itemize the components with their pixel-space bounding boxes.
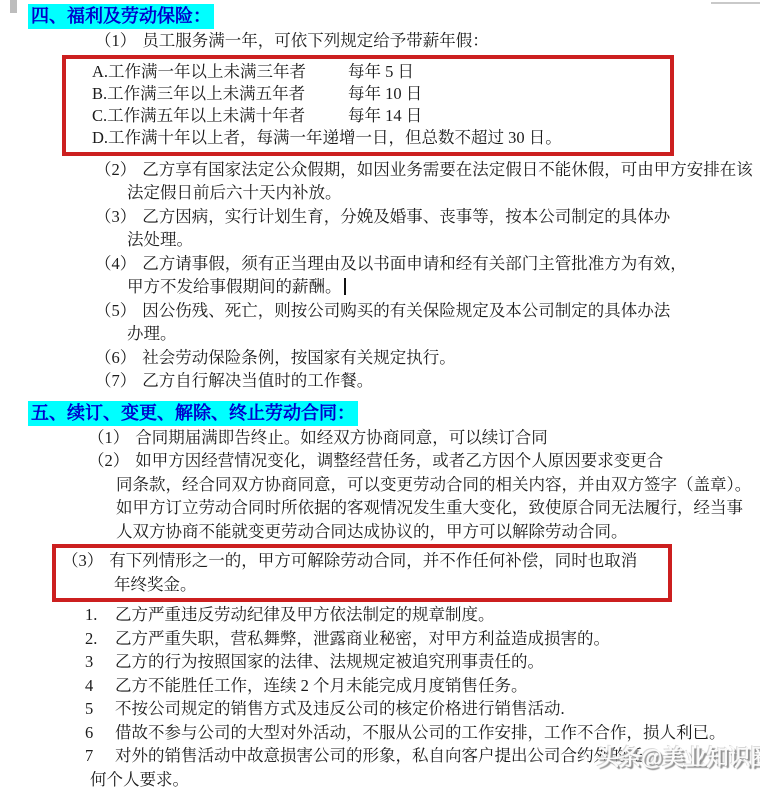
sec4-item-7[interactable]: （7）乙方自行解决当值时的工作餐。 (95, 369, 760, 393)
list-item-3[interactable]: 3乙方的行为按照国家的法律、法规规定被追究刑事责任的。 (85, 650, 760, 674)
page-margin-mark-right (711, 2, 760, 4)
text-cursor (344, 278, 346, 295)
leave-label: D.工作满十年以上者，每满一年递增一日，但总数不超过 30 日。 (92, 128, 562, 147)
item-marker: （1） (95, 31, 136, 50)
item-text: 如甲方因经营情况变化，调整经营任务，或者乙方因个人原因要求变更合 (135, 451, 663, 470)
item-text-cont[interactable]: 人双方协商不能就变更劳动合同达成协议的，甲方可以解除劳动合同。 (116, 520, 760, 544)
sec4-item-3[interactable]: （3）乙方因病，实行计划生育，分娩及婚事、丧事等，按本公司制定的具体办 法处理。 (95, 205, 760, 252)
list-item-4[interactable]: 4乙方不能胜任工作，连续 2 个月未能完成月度销售任务。 (85, 674, 760, 698)
section-5-heading[interactable]: 五、续订、变更、解除、终止劳动合同： (28, 401, 358, 426)
sec5-item-2[interactable]: （2）如甲方因经营情况变化，调整经营任务，或者乙方因个人原因要求变更合 同条款，… (88, 449, 760, 543)
list-text: 乙方不能胜任工作，连续 2 个月未能完成月度销售任务。 (115, 676, 528, 695)
list-item-1[interactable]: 1.乙方严重违反劳动纪律及甲方依法制定的规章制度。 (85, 603, 760, 627)
leave-value: 每年 14 日 (348, 106, 422, 125)
item-text: 员工服务满一年，可依下列规定给予带薪年假： (142, 31, 489, 50)
item-text-cont[interactable]: 同条款，经合同双方协商同意，可以变更劳动合同的相关内容，并由双方签字（盖章）。 (116, 473, 760, 497)
item-text-cont[interactable]: 如甲方订立劳动合同时所依据的客观情况发生重大变化，致使原合同无法履行，经当事 (116, 496, 760, 520)
list-number: 2. (85, 627, 115, 651)
item-marker: （6） (95, 348, 136, 367)
item-marker: （3） (62, 551, 103, 570)
list-text: 乙方严重失职，营私舞弊，泄露商业秘密，对甲方利益造成损害的。 (115, 629, 610, 648)
toutiao-watermark: 头条@美业知识圈 (597, 746, 760, 770)
document-page: 四、福利及劳动保险： （1）员工服务满一年，可依下列规定给予带薪年假： A.工作… (0, 0, 760, 794)
item-text: 乙方享有国家法定公众假期，如因业务需要在法定假日不能休假，可由甲方安排在该 (142, 160, 753, 179)
item-text: 因公伤残、死亡，则按公司购买的有关保险规定及本公司制定的具体办法 (142, 301, 670, 320)
list-text: 乙方严重违反劳动纪律及甲方依法制定的规章制度。 (115, 605, 495, 624)
list-text: 乙方的行为按照国家的法律、法规规定被追究刑事责任的。 (115, 652, 544, 671)
sec5-item-1[interactable]: （1）合同期届满即告终止。如经双方协商同意，可以续订合同 (88, 426, 760, 450)
leave-label: C.工作满五年以上未满十年者 (92, 105, 348, 127)
item-text-cont[interactable]: 法定假日前后六十天内补放。 (127, 181, 760, 205)
list-text: 对外的销售活动中故意损害公司的形象，私自向客户提出公司合约外的任 (115, 746, 643, 765)
item-text-cont[interactable]: 法处理。 (127, 228, 760, 252)
sec4-item-5[interactable]: （5）因公伤残、死亡，则按公司购买的有关保险规定及本公司制定的具体办法 办理。 (95, 299, 760, 346)
leave-row-d[interactable]: D.工作满十年以上者，每满一年递增一日，但总数不超过 30 日。 (92, 127, 670, 149)
leave-row-b[interactable]: B.工作满三年以上未满五年者每年 10 日 (92, 83, 670, 105)
list-item-5[interactable]: 5不按公司规定的销售方式及违反公司的核定价格进行销售活动. (85, 697, 760, 721)
section-5-heading-row: 五、续订、变更、解除、终止劳动合同： (0, 393, 760, 426)
item-text: 乙方因病，实行计划生育，分娩及婚事、丧事等，按本公司制定的具体办 (142, 207, 670, 226)
list-item-2[interactable]: 2.乙方严重失职，营私舞弊，泄露商业秘密，对甲方利益造成损害的。 (85, 627, 760, 651)
list-number: 6 (85, 721, 115, 745)
item-text-cont[interactable]: 甲方不发给事假期间的薪酬。 (127, 275, 760, 299)
sec4-item-1[interactable]: （1）员工服务满一年，可依下列规定给予带薪年假： (95, 29, 760, 53)
sec4-item-6[interactable]: （6）社会劳动保险条例，按国家有关规定执行。 (95, 346, 760, 370)
leave-label: A.工作满一年以上未满三年者 (92, 61, 348, 83)
list-text-cont[interactable]: 何个人要求。 (90, 768, 760, 792)
section-4-heading-row: 四、福利及劳动保险： (0, 0, 760, 29)
list-number: 5 (85, 697, 115, 721)
leave-row-a[interactable]: A.工作满一年以上未满三年者每年 5 日 (92, 61, 670, 83)
leave-row-c[interactable]: C.工作满五年以上未满十年者每年 14 日 (92, 105, 670, 127)
page-margin-mark-left (10, 0, 17, 13)
leave-value: 每年 5 日 (348, 62, 414, 81)
list-number: 7 (85, 744, 115, 768)
item-text-cont[interactable]: 办理。 (127, 322, 760, 346)
section-4-heading[interactable]: 四、福利及劳动保险： (28, 4, 214, 29)
item-text-cont[interactable]: 年终奖金。 (114, 573, 668, 597)
list-text: 不按公司规定的销售方式及违反公司的核定价格进行销售活动. (115, 699, 565, 718)
item-marker: （5） (95, 301, 136, 320)
item-marker: （4） (95, 254, 136, 273)
termination-clause-red-box[interactable]: （3）有下列情形之一的，甲方可解除劳动合同，并不作任何补偿，同时也取消 年终奖金… (52, 544, 672, 602)
list-number: 1. (85, 603, 115, 627)
item-text: 乙方自行解决当值时的工作餐。 (142, 371, 373, 390)
item-text: 有下列情形之一的，甲方可解除劳动合同，并不作任何补偿，同时也取消 (109, 551, 637, 570)
leave-label: B.工作满三年以上未满五年者 (92, 83, 348, 105)
item-marker: （2） (95, 160, 136, 179)
annual-leave-red-box[interactable]: A.工作满一年以上未满三年者每年 5 日 B.工作满三年以上未满五年者每年 10… (62, 55, 674, 156)
list-text: 借故不参与公司的大型对外活动，不服从公司的工作安排，工作不合作，损人利已。 (115, 723, 726, 742)
leave-value: 每年 10 日 (348, 84, 422, 103)
item-marker: （3） (95, 207, 136, 226)
sec4-item-4[interactable]: （4）乙方请事假，须有正当理由及以书面申请和经有关部门主管批准方为有效， 甲方不… (95, 252, 760, 299)
item-marker: （1） (88, 428, 129, 447)
list-item-6[interactable]: 6借故不参与公司的大型对外活动，不服从公司的工作安排，工作不合作，损人利已。 (85, 721, 760, 745)
list-number: 3 (85, 650, 115, 674)
item-text: 甲方不发给事假期间的薪酬。 (127, 277, 342, 296)
item-text: 乙方请事假，须有正当理由及以书面申请和经有关部门主管批准方为有效， (142, 254, 687, 273)
item-text: 社会劳动保险条例，按国家有关规定执行。 (142, 348, 456, 367)
item-marker: （7） (95, 371, 136, 390)
sec4-item-2[interactable]: （2）乙方享有国家法定公众假期，如因业务需要在法定假日不能休假，可由甲方安排在该… (95, 158, 760, 205)
item-text: 合同期届满即告终止。如经双方协商同意，可以续订合同 (135, 428, 548, 447)
list-number: 4 (85, 674, 115, 698)
item-marker: （2） (88, 451, 129, 470)
